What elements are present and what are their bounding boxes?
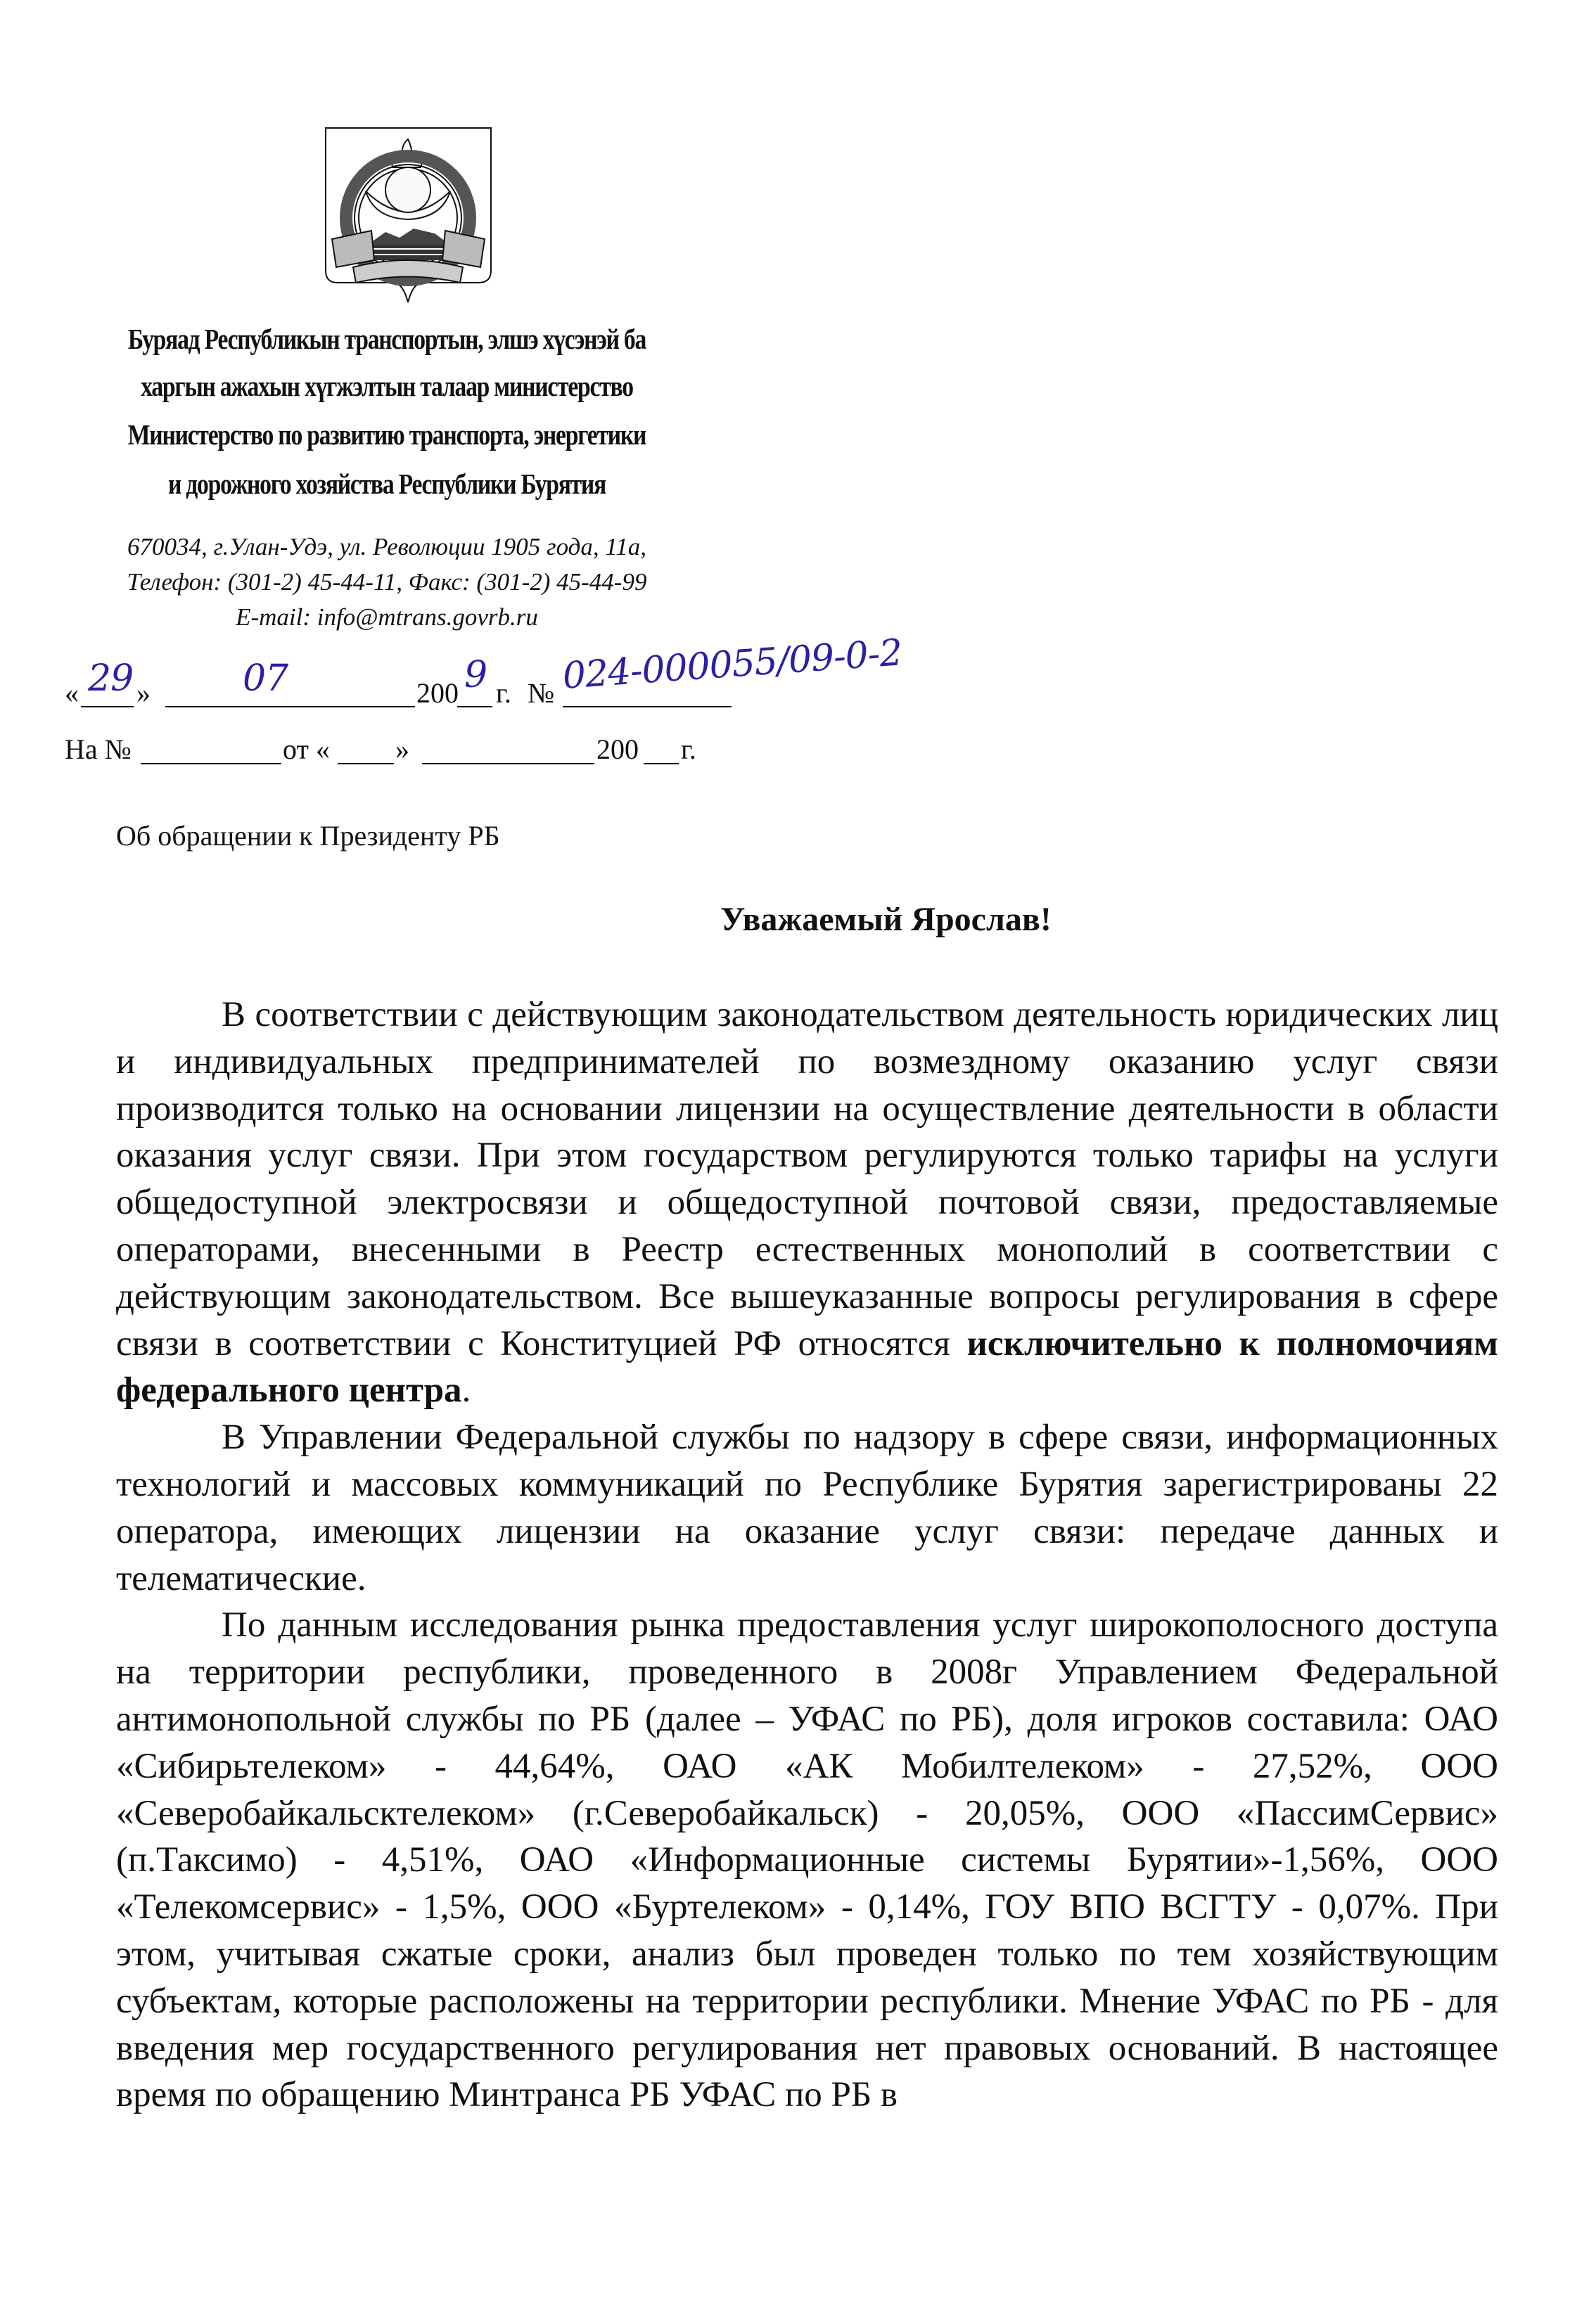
- reply-number-label: На №: [65, 733, 132, 766]
- year-underline: [457, 706, 492, 707]
- reply-year-blank: [644, 763, 679, 764]
- paragraph-3: По данным исследования рынка предоставле…: [116, 1602, 1498, 2119]
- reply-year-prefix: 200: [596, 733, 639, 766]
- paragraph-1: В соответствии с действующим законодател…: [116, 991, 1498, 1414]
- phone-fax-line: Телефон: (301-2) 45-44-11, Факс: (301-2)…: [42, 568, 732, 596]
- handwritten-year-digit: 9: [464, 654, 487, 696]
- reply-month-blank: [422, 763, 594, 764]
- date-open-quote: «: [65, 676, 79, 710]
- letter-body: В соответствии с действующим законодател…: [116, 991, 1498, 2119]
- year-prefix: 200: [416, 676, 459, 710]
- day-underline: [81, 706, 134, 707]
- handwritten-month: 07: [243, 657, 288, 700]
- address-line: 670034, г.Улан-Удэ, ул. Революции 1905 г…: [42, 533, 732, 561]
- date-close-quote: »: [136, 676, 151, 710]
- reply-number-blank: [141, 763, 281, 764]
- coat-of-arms-emblem-icon: [322, 127, 494, 306]
- paragraph-1-tail: .: [462, 1370, 471, 1410]
- paragraph-2: В Управлении Федеральной службы по надзо…: [116, 1414, 1498, 1602]
- handwritten-document-number: 024-000055/09-0-2: [561, 631, 903, 698]
- org-name-buryat-line-1: Буряад Республикын транспортын, элшэ хүс…: [104, 322, 670, 356]
- org-name-buryat-line-2: харгын ажахын хүгжэлтын талаар министерс…: [104, 369, 670, 403]
- email-line: E-mail: info@mtrans.govrb.ru: [42, 603, 732, 631]
- month-underline: [165, 706, 415, 707]
- org-name-russian-line-1: Министерство по развитию транспорта, эне…: [104, 418, 670, 451]
- year-suffix: г.: [496, 676, 511, 710]
- number-label: №: [528, 676, 554, 710]
- org-name-russian-line-2: и дорожного хозяйства Республики Бурятия: [104, 467, 670, 501]
- number-underline: [563, 706, 732, 707]
- letter-subject: Об обращении к Президенту РБ: [116, 819, 500, 852]
- handwritten-day: 29: [88, 657, 133, 700]
- reply-year-suffix: г.: [681, 733, 696, 766]
- reply-day-blank: [338, 763, 394, 764]
- reply-from-label: от «: [283, 733, 330, 766]
- greeting-heading: Уважаемый Ярослав!: [0, 900, 1596, 939]
- reply-close-quote: »: [395, 733, 409, 766]
- paragraph-1-text: В соответствии с действующим законодател…: [116, 995, 1498, 1363]
